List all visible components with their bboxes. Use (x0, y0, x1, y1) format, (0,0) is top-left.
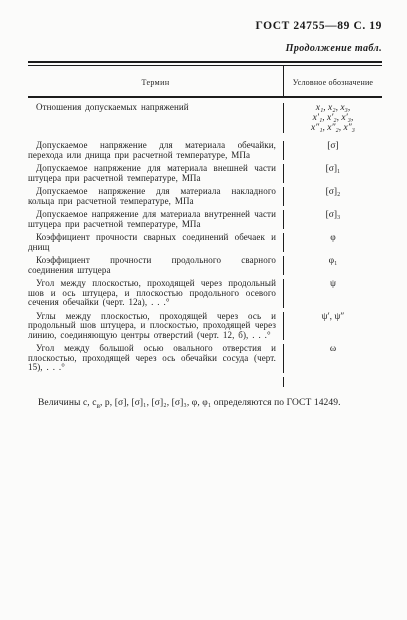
table-trailing-spacer (28, 377, 382, 387)
footnote: Величины c, cв, p, [σ], [σ]₁, [σ]₂, [σ]₃… (28, 398, 382, 412)
terms-symbols-table: Термин Условное обозначение Отношения до… (28, 61, 382, 387)
symbol-cell: ψ (283, 279, 382, 308)
symbol-cell: ω (283, 344, 382, 373)
symbol-cell: [σ]₃ (283, 210, 382, 229)
table-row: Угол между большой осью овального отверс… (28, 344, 382, 373)
symbol-cell: [σ] (283, 141, 382, 160)
column-header-symbol: Условное обозначение (283, 66, 382, 96)
table-row: Допускаемое напряжение для материала вну… (28, 210, 382, 229)
column-header-term: Термин (28, 66, 283, 96)
term-cell: Угол между большой осью овального отверс… (28, 344, 283, 373)
footnote-text-start: Величины c, c (38, 398, 97, 408)
table-body: Отношения допускаемых напряжений x₁, x₂,… (28, 98, 382, 387)
symbol-cell: ψ′, ψ″ (283, 312, 382, 341)
term-cell: Углы между плоскостью, проходящей через … (28, 312, 283, 341)
page-content: ГОСТ 24755—89 С. 19 Продолжение табл. Те… (28, 20, 382, 411)
document-page: ГОСТ 24755—89 С. 19 Продолжение табл. Те… (0, 0, 407, 620)
symbol-cell: [σ]₁ (283, 164, 382, 183)
spacer-symbol-cell (283, 377, 382, 387)
term-cell: Коэффициент прочности продольного сварно… (28, 256, 283, 275)
table-continuation-label: Продолжение табл. (28, 43, 382, 54)
table-row: Допускаемое напряжение для материала вне… (28, 164, 382, 183)
spacer-term-cell (28, 377, 283, 387)
term-cell: Допускаемое напряжение для материала вне… (28, 164, 283, 183)
table-row: Угол между плоскостью, проходящей через … (28, 279, 382, 308)
term-cell: Допускаемое напряжение для материала нак… (28, 187, 283, 206)
term-cell: Допускаемое напряжение для материала вну… (28, 210, 283, 229)
symbol-cell: [σ]₂ (283, 187, 382, 206)
table-row: Отношения допускаемых напряжений x₁, x₂,… (28, 103, 382, 133)
term-cell: Коэффициент прочности сварных соединений… (28, 233, 283, 252)
table-row: Коэффициент прочности продольного сварно… (28, 256, 382, 275)
symbol-cell: φ (283, 233, 382, 252)
footnote-text-end: , p, [σ], [σ]₁, [σ]₂, [σ]₃, φ, φ₁ опреде… (100, 398, 341, 408)
symbol-cell: x₁, x₂, x₃, x′₁, x′₂, x′₃, x″₁, x″₂, x″₃ (283, 103, 382, 133)
table-row: Допускаемое напряжение для материала нак… (28, 187, 382, 206)
document-reference: ГОСТ 24755—89 С. 19 (28, 20, 382, 32)
term-cell: Отношения допускаемых напряжений (28, 103, 283, 133)
symbol-cell: φ₁ (283, 256, 382, 275)
table-header-row: Термин Условное обозначение (28, 66, 382, 98)
table-row: Допускаемое напряжение для материала обе… (28, 141, 382, 160)
term-cell: Допускаемое напряжение для материала обе… (28, 141, 283, 160)
table-row: Коэффициент прочности сварных соединений… (28, 233, 382, 252)
term-cell: Угол между плоскостью, проходящей через … (28, 279, 283, 308)
table-row: Углы между плоскостью, проходящей через … (28, 312, 382, 341)
